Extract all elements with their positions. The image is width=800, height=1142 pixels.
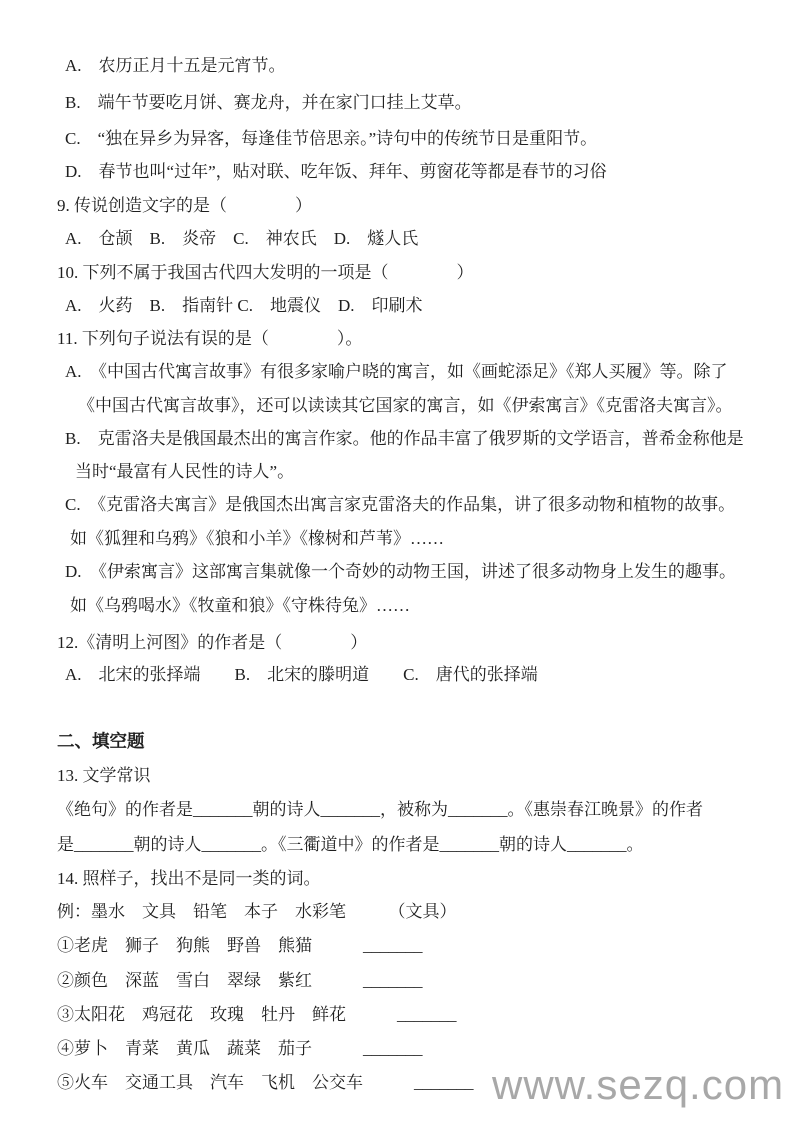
q14-stem: 14. 照样子，找出不是同一类的词。: [57, 867, 321, 891]
q11-option-b-line2: 当时“最富有人民性的诗人”。: [75, 460, 294, 484]
q10-stem: 10. 下列不属于我国古代四大发明的一项是（ ）: [57, 261, 474, 285]
q11-option-c-line2: 如《狐狸和乌鸦》《狼和小羊》《橡树和芦苇》……: [70, 527, 444, 551]
q8-option-b: B. 端午节要吃月饼、赛龙舟，并在家门口挂上艾草。: [65, 91, 472, 115]
q14-item-3: ③太阳花 鸡冠花 玫瑰 牡丹 鲜花 _______: [57, 1003, 457, 1027]
q11-option-b-line1: B. 克雷洛夫是俄国最杰出的寓言作家。他的作品丰富了俄罗斯的文学语言，普希金称他…: [65, 427, 744, 451]
q11-stem: 11. 下列句子说法有误的是（ ）。: [57, 327, 362, 351]
section-heading-fill-in: 二、填空题: [57, 729, 145, 753]
q14-item-1: ①老虎 狮子 狗熊 野兽 熊猫 _______: [57, 934, 423, 958]
q8-option-c: C. “独在异乡为异客，每逢佳节倍思亲。”诗句中的传统节日是重阳节。: [65, 127, 597, 151]
q8-option-d: D. 春节也叫“过年”，贴对联、吃年饭、拜年、剪窗花等都是春节的习俗: [65, 160, 607, 184]
q13-blank-line1: 《绝句》的作者是_______朝的诗人_______，被称为_______。《惠…: [57, 798, 703, 822]
q11-option-c-line1: C. 《克雷洛夫寓言》是俄国杰出寓言家克雷洛夫的作品集，讲了很多动物和植物的故事…: [65, 493, 735, 517]
q9-options: A. 仓颉 B. 炎帝 C. 神农氏 D. 燧人氏: [65, 227, 418, 251]
q9-stem: 9. 传说创造文字的是（ ）: [57, 194, 312, 218]
q11-option-a-line1: A. 《中国古代寓言故事》有很多家喻户晓的寓言，如《画蛇添足》《郑人买履》等。除…: [65, 360, 728, 384]
q11-option-d-line2: 如《乌鸦喝水》《牧童和狼》《守株待兔》……: [70, 594, 410, 618]
q14-example: 例：墨水 文具 铅笔 本子 水彩笔 （文具）: [57, 900, 457, 924]
q14-item-4: ④萝卜 青菜 黄瓜 蔬菜 茄子 _______: [57, 1037, 423, 1061]
watermark: www.sezq.com: [492, 1064, 784, 1106]
q11-option-d-line1: D. 《伊索寓言》这部寓言集就像一个奇妙的动物王国，讲述了很多动物身上发生的趣事…: [65, 560, 736, 584]
q14-item-2: ②颜色 深蓝 雪白 翠绿 紫红 _______: [57, 969, 423, 993]
q13-stem: 13. 文学常识: [57, 764, 151, 788]
q11-option-a-line2: 《中国古代寓言故事》，还可以读读其它国家的寓言，如《伊索寓言》《克雷洛夫寓言》。: [78, 394, 733, 418]
q14-item-5: ⑤火车 交通工具 汽车 飞机 公交车 _______: [57, 1071, 474, 1095]
q10-options: A. 火药 B. 指南针 C. 地震仪 D. 印刷术: [65, 294, 422, 318]
q12-stem: 12.《清明上河图》的作者是（ ）: [57, 631, 367, 655]
q8-option-a: A. 农历正月十五是元宵节。: [65, 54, 286, 78]
q13-blank-line2: 是_______朝的诗人_______。《三衢道中》的作者是_______朝的诗…: [57, 833, 644, 857]
q12-options: A. 北宋的张择端 B. 北宋的滕明道 C. 唐代的张择端: [65, 663, 538, 687]
worksheet-page: A. 农历正月十五是元宵节。 B. 端午节要吃月饼、赛龙舟，并在家门口挂上艾草。…: [0, 0, 800, 1142]
